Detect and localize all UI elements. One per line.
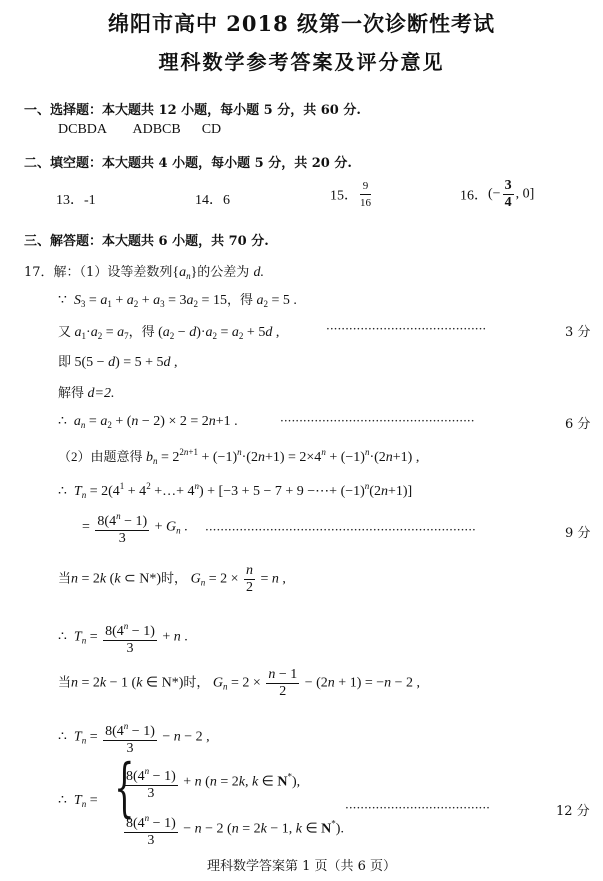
- q17-line-tn-sum: ∴ Tn = 2(41 + 42 +…+ 4n) + [−3 + 5 − 7 +…: [58, 481, 412, 500]
- q17-final-case-odd: 8(4n − 1)3 − n − 2 (n = 2k − 1, k ∈ N*).: [122, 810, 344, 849]
- fill-answer-14: 14．6: [195, 189, 230, 209]
- q17-case-even-gn: 当n = 2k (k ⊂ N*)时， Gn = 2 × n2 = n ,: [58, 563, 286, 596]
- fill-answer-16: 16．(−34, 0]: [460, 178, 534, 211]
- q17-line-bn: （2）由题意得 bn = 22n+1 + (−1)n·(2n+1) = 2×4n…: [58, 446, 419, 466]
- fill-answer-15: 15．916: [330, 178, 373, 211]
- q17-line-a1a2: 又 a1·a2 = a7，得 (a2 − d)·a2 = a2 + 5d ,: [58, 321, 279, 341]
- section-1-heading: 一、选择题：本大题共 12 小题，每小题 5 分，共 60 分.: [24, 99, 361, 118]
- score-9: 9 分: [565, 522, 590, 541]
- document-title: 绵阳市高中 2018 级第一次诊断性考试: [0, 8, 603, 38]
- section-3-heading: 三、解答题：本大题共 6 小题，共 70 分.: [24, 230, 269, 249]
- choice-answers: DCBDA ADBCB CD: [58, 122, 221, 138]
- q17-final-case-even: 8(4n − 1)3 + n (n = 2k, k ∈ N*),: [122, 763, 300, 802]
- q17-intro: 17．解：（1）设等差数列{an}的公差为 d.: [24, 261, 264, 281]
- score-leader-dots: ········································…: [205, 523, 476, 537]
- score-6: 6 分: [565, 413, 590, 432]
- q17-final-therefore: ∴ Tn =: [58, 792, 98, 809]
- answers-group-1: DCBDA: [58, 122, 106, 137]
- q17-case-odd-gn: 当n = 2k − 1 (k ∈ N*)时， Gn = 2 × n − 12 −…: [58, 667, 420, 700]
- section-2-heading: 二、填空题：本大题共 4 小题，每小题 5 分，共 20 分.: [24, 152, 352, 171]
- score-3: 3 分: [565, 321, 590, 340]
- q17-line-tn-gn: = 8(4n − 1)3 + Gn .: [82, 508, 188, 547]
- score-leader-dots: ······································: [345, 801, 490, 815]
- q17-line-solve: 即 5(5 − d) = 5 + 5d ,: [58, 351, 178, 371]
- q17-line-an: ∴ an = a2 + (n − 2) × 2 = 2n+1 .: [58, 413, 238, 430]
- q17-case-even-tn: ∴ Tn = 8(4n − 1)3 + n .: [58, 618, 188, 657]
- answers-group-2: ADBCB: [132, 122, 180, 137]
- q17-line-d: 解得 d=2.: [58, 382, 114, 402]
- answers-group-3: CD: [202, 122, 221, 137]
- document-subtitle: 理科数学参考答案及评分意见: [0, 46, 603, 75]
- page-footer: 理科数学答案第 1 页（共 6 页）: [0, 855, 603, 874]
- score-leader-dots: ········································…: [326, 322, 486, 336]
- q17-line-s3: ∵ S3 = a1 + a2 + a3 = 3a2 = 15，得 a2 = 5 …: [58, 289, 297, 309]
- score-12: 12 分: [556, 800, 590, 819]
- fill-answer-13: 13．-1: [56, 189, 96, 209]
- score-leader-dots: ········································…: [280, 414, 475, 428]
